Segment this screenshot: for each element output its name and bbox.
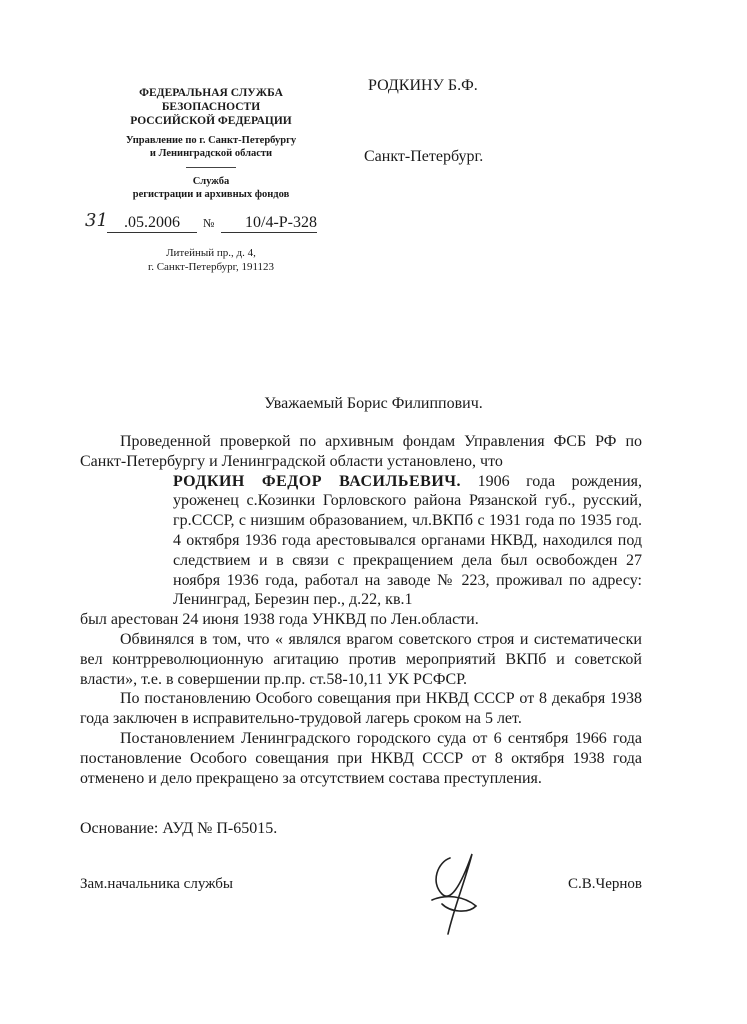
sentence-paragraph: По постановлению Особого совещания при Н… bbox=[80, 689, 642, 729]
letterhead-department: Управление по г. Санкт-Петербургу и Лени… bbox=[95, 134, 327, 160]
registration-number: 10/4-Р-328 bbox=[221, 214, 317, 233]
recipient-city: Санкт-Петербург. bbox=[364, 148, 483, 166]
number-label: № bbox=[203, 216, 214, 231]
org-line: БЕЗОПАСНОСТИ bbox=[95, 100, 327, 114]
service-line: Служба bbox=[95, 175, 327, 188]
intro-paragraph: Проведенной проверкой по архивным фондам… bbox=[80, 432, 642, 472]
letterhead-divider bbox=[186, 167, 236, 168]
signatory-name: С.В.Чернов bbox=[568, 876, 642, 893]
recipient-name: РОДКИНУ Б.Ф. bbox=[368, 77, 478, 95]
letter-body: Проведенной проверкой по архивным фондам… bbox=[80, 432, 642, 788]
greeting: Уважаемый Борис Филиппович. bbox=[0, 395, 747, 413]
arrest-paragraph: был арестован 24 июня 1938 года УНКВД по… bbox=[80, 610, 642, 630]
letterhead-organization: ФЕДЕРАЛЬНАЯ СЛУЖБА БЕЗОПАСНОСТИ РОССИЙСК… bbox=[95, 86, 327, 128]
dept-line: Управление по г. Санкт-Петербургу bbox=[95, 134, 327, 147]
handwritten-signature-icon bbox=[420, 848, 490, 938]
basis-reference: Основание: АУД № П-65015. bbox=[80, 820, 277, 838]
date-number-row: 31 .05.2006 № 10/4-Р-328 bbox=[85, 214, 345, 236]
dept-line: и Ленинградской области bbox=[95, 147, 327, 160]
subject-name: РОДКИН ФЕДОР ВАСИЛЬЕВИЧ. bbox=[173, 473, 461, 490]
rehabilitation-paragraph: Постановлением Ленинградского городского… bbox=[80, 729, 642, 788]
letterhead-service: Служба регистрации и архивных фондов bbox=[95, 175, 327, 201]
address-line: г. Санкт-Петербург, 191123 bbox=[95, 260, 327, 274]
org-line: РОССИЙСКОЙ ФЕДЕРАЦИИ bbox=[95, 114, 327, 128]
address-line: Литейный пр., д. 4, bbox=[95, 246, 327, 260]
charge-paragraph: Обвинялся в том, что « являлся врагом со… bbox=[80, 630, 642, 689]
service-line: регистрации и архивных фондов bbox=[95, 188, 327, 201]
signature-block: Зам.начальника службы С.В.Чернов bbox=[80, 876, 642, 896]
handwritten-day: 31 bbox=[85, 210, 108, 231]
document-date: .05.2006 bbox=[107, 214, 197, 233]
org-line: ФЕДЕРАЛЬНАЯ СЛУЖБА bbox=[95, 86, 327, 100]
letterhead-address: Литейный пр., д. 4, г. Санкт-Петербург, … bbox=[95, 246, 327, 274]
signatory-title: Зам.начальника службы bbox=[80, 876, 233, 893]
letterhead: ФЕДЕРАЛЬНАЯ СЛУЖБА БЕЗОПАСНОСТИ РОССИЙСК… bbox=[95, 86, 327, 201]
subject-paragraph: РОДКИН ФЕДОР ВАСИЛЬЕВИЧ. 1906 года рожде… bbox=[173, 472, 642, 611]
subject-details: 1906 года рождения, уроженец с.Козинки Г… bbox=[173, 473, 642, 609]
